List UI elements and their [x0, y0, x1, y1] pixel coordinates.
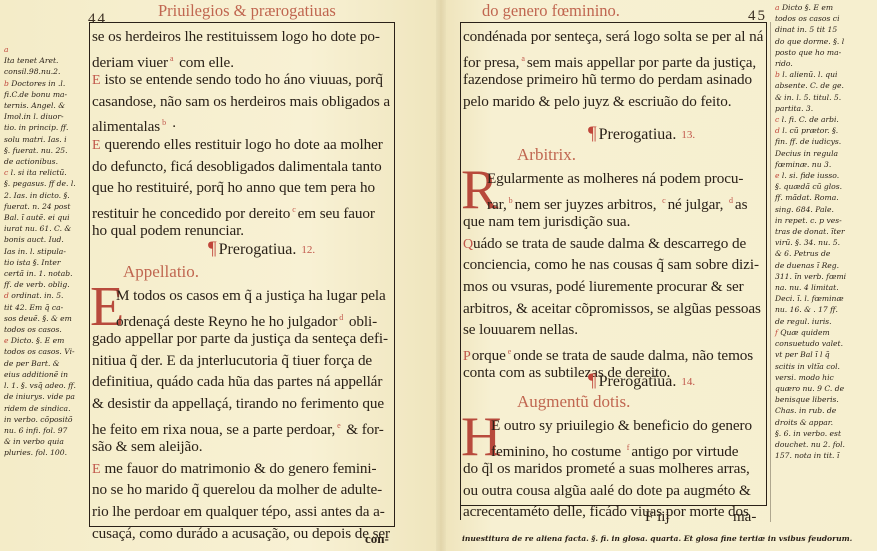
pilcrow-icon: ¶: [588, 123, 597, 144]
marginal-note-line: & 6. Petrus de: [775, 248, 846, 259]
marginal-note-line: 2. Ias. in dicto. §.: [4, 190, 76, 201]
note-mark-a: a: [170, 54, 173, 63]
marginal-note-line: de per Bart. &: [4, 358, 76, 369]
marginal-note-line: consuetudo valet.: [775, 338, 846, 349]
marginal-note-line: fuerat. n. 24 post: [4, 201, 76, 212]
prerogative-heading-13: ¶Prerogatiua.13.: [588, 123, 695, 145]
note-mark: e: [775, 171, 782, 180]
text-line: arbitros, & aceitar cõpromissos, se algũ…: [463, 298, 761, 320]
marginal-note-line: dinat in. 5 tit 15: [775, 24, 846, 35]
text-line: do defuncto, ficá desobligados dalimenta…: [92, 156, 390, 178]
marginal-note-line: eius additionẽ in: [4, 369, 76, 380]
marginalia-right: a Dicto §. E emtodos os casos cidinat in…: [775, 2, 846, 461]
note-mark-e: e: [337, 421, 340, 430]
initial-q: Q: [463, 237, 473, 252]
text-line: & desistir da appellaçá, tirando no feri…: [92, 393, 390, 415]
text-line: conciencia, como he nas cousas q̃ sam so…: [463, 254, 761, 276]
marginal-note-line: vt per Bal ĩ l q̃: [775, 349, 846, 360]
initial-e: E: [92, 73, 100, 88]
marginal-note-line: quæro nu. 9 C. de: [775, 383, 846, 394]
text-line: M todos os casos em q̃ a justiça ha luga…: [92, 285, 390, 307]
marginal-note-line: c l. fi. C. de arbi.: [775, 114, 846, 125]
marginal-note-line: de actionibus.: [4, 156, 76, 167]
note-mark-c: c: [292, 205, 295, 214]
text-line: se louuarem nellas.: [463, 319, 761, 341]
text-line: E outro sy priuilegio & beneficio do gen…: [463, 415, 752, 437]
text-line: Eme fauor do matrimonio & do genero femi…: [92, 458, 390, 480]
marginal-note-line: de regul. iuris.: [775, 316, 846, 327]
text-line: Egularmente as molheres ná podem procu-: [463, 168, 761, 190]
marginal-note-line: ternis. Angel. &: [4, 100, 76, 111]
text-line: Equerendo elles restituir logo ho dote a…: [92, 134, 390, 156]
note-mark: c: [4, 168, 11, 177]
text-line: no se ho marido q̃ querelou da molher de…: [92, 479, 390, 501]
text-line: casandose, não sam os herdeiros mais obl…: [92, 91, 390, 113]
marginal-note-line: 311. ĩn verb. fœmi: [775, 271, 846, 282]
right-page: do genero fœminino. 45 condénada por sen…: [440, 0, 877, 551]
note-mark: a: [4, 45, 9, 54]
rule-mark: [460, 506, 461, 520]
marginal-note-line: todos os casos. Vi-: [4, 346, 76, 357]
marginal-note-line: partita. 3.: [775, 103, 846, 114]
text-line: pelo marido & pelo juyz & escriuão do fe…: [463, 91, 763, 113]
text-line: que nam tem jurisdição sua.: [463, 211, 761, 233]
marginal-note-line: fœminæ. nu 3.: [775, 159, 846, 170]
book-gutter: [436, 0, 446, 551]
text-line: que ho restituiré, porq̃ ho anno que tem…: [92, 177, 390, 199]
marginal-note-line: todos os casos.: [4, 324, 76, 335]
running-head-left: Priuilegios & prærogatiuas: [158, 1, 336, 21]
marginal-note-line: iurat nu. 61. C. &: [4, 223, 76, 234]
marginal-note-line: versi. modo hic: [775, 372, 846, 383]
marginal-note-line: certã in. 1. notab.: [4, 268, 76, 279]
subheading-augmentum-dotis: Augmentũ dotis.: [517, 392, 630, 412]
marginal-note-line: Chas. in rub. de: [775, 405, 846, 416]
body-text-right-top: condénada por senteça, será logo solta s…: [463, 26, 763, 112]
marginal-note-line: §. pegasus. ff de. l.: [4, 178, 76, 189]
marginal-note-line: nu. 6 infi. fol. 97: [4, 425, 76, 436]
subheading-appellatio: Appellatio.: [123, 262, 199, 282]
pilcrow-icon: ¶: [208, 238, 217, 259]
text-line: rar,bnem ser juyzes arbitros, cné julgar…: [463, 190, 761, 212]
prerogative-heading-14: ¶Prerogatiua.14.: [588, 370, 695, 392]
marginal-note-line: ff. de verb. oblig.: [4, 279, 76, 290]
marginal-note-line: & in. l. 5. titul. 5.: [775, 92, 846, 103]
text-line: restituir he concedido por dereitocem se…: [92, 199, 390, 221]
marginal-note-line: consil.98.nu.2.: [4, 66, 76, 77]
marginal-note-line: nu. 16. & . 17 ff.: [775, 304, 846, 315]
note-mark: c: [775, 115, 782, 124]
marginal-note-line: fi.C.de bonu ma-: [4, 89, 76, 100]
body-text-right-14: E outro sy priuilegio & beneficio do gen…: [463, 415, 752, 523]
marginal-note-line: Ita tenet Aret.: [4, 55, 76, 66]
marginal-note-line: b Doctores in .l.: [4, 78, 76, 89]
marginal-note-line: Ias in. l. stipula-: [4, 246, 76, 257]
signature-mark: F iij: [645, 509, 670, 526]
marginal-note-line: scitis in vltĩa col.: [775, 361, 846, 372]
note-mark: e: [4, 336, 11, 345]
catchword-left: con-: [365, 531, 389, 547]
subheading-arbitrix: Arbitrix.: [517, 145, 576, 165]
marginal-note-line: na. nu. 4 limitat.: [775, 282, 846, 293]
marginal-note-line: l. 1. §. vsq̃ adeo. ff.: [4, 380, 76, 391]
marginal-note-line: fin. ff. de iudicys.: [775, 136, 846, 147]
marginal-note-line: d l. cũ prætor. §.: [775, 125, 846, 136]
text-line: Quádo se trata de saude dalma & descarre…: [463, 233, 761, 255]
marginal-note-line: tit 42. Em q̃ ca-: [4, 302, 76, 313]
marginal-note-line: e Dicto. §. E em: [4, 335, 76, 346]
body-text-left-top: se os herdeiros lhe restituissem logo ho…: [92, 26, 390, 242]
text-line: ordenaçá deste Reyno he ho julgadord obl…: [92, 307, 390, 329]
marginal-note-line: in repet. c. p ves-: [775, 215, 846, 226]
marginal-note-line: f Quæ quidem: [775, 327, 846, 338]
marginal-note-line: douchet. nu 2. fol.: [775, 439, 846, 450]
marginal-note-line: Bal. ĩ autẽ. ei qui: [4, 212, 76, 223]
prerogative-heading-12: ¶Prerogatiua.12.: [208, 238, 315, 260]
text-line: for presa,asem mais appellar por parte d…: [463, 48, 763, 70]
marginal-note-line: tio ista §. Inter: [4, 257, 76, 268]
initial-e: E: [92, 462, 100, 477]
running-head-right: do genero fœminino.: [482, 1, 620, 21]
text-line: ou outra cousa algũa aalé do dote pa aug…: [463, 480, 752, 502]
marginal-note-line: c l. si ita relictũ.: [4, 167, 76, 178]
text-line: rio lhe perdoar em qualquer tépo, assi a…: [92, 501, 390, 523]
marginal-note-line: d ordinat. in. 5.: [4, 290, 76, 301]
text-line: condénada por senteça, será logo solta s…: [463, 26, 763, 48]
text-line: feminino, ho costume fantigo por virtude: [463, 437, 752, 459]
marginalia-left: a Ita tenet Aret.consil.98.nu.2.b Doctor…: [4, 44, 76, 459]
text-line: Porqueeonde se trata de saude dalma, não…: [463, 341, 761, 363]
margin-rule: [770, 22, 771, 522]
text-line: acrecentaméto delle, ficádo viuas por mo…: [463, 501, 752, 523]
footnote-continuation: inuestitura de re aliena facta. §. fi. i…: [462, 534, 852, 543]
marginal-note-line: bonis auct. Iud.: [4, 234, 76, 245]
note-mark-a: a: [521, 54, 524, 63]
marginal-note-line: Decius in regula: [775, 148, 846, 159]
text-line: he feito em rixa noua, se a parte perdoa…: [92, 415, 390, 437]
note-mark-d: d: [339, 313, 343, 322]
marginal-note-line: de duenas ĩ Reg.: [775, 260, 846, 271]
marginal-note-line: pluries. fol. 100.: [4, 447, 76, 458]
marginal-note-line: §. 6. in verbo. est: [775, 428, 846, 439]
body-text-left-bottom: M todos os casos em q̃ a justiça ha luga…: [92, 285, 390, 544]
text-line: do q̃l os maridos prometé a suas molhere…: [463, 458, 752, 480]
marginal-note-line: 157. nota in tit. ĩ: [775, 450, 846, 461]
marginal-note-line: rido.: [775, 58, 846, 69]
marginal-note-line: ridem de sindica.: [4, 403, 76, 414]
marginal-note-line: b l. alienũ. l. qui: [775, 69, 846, 80]
note-mark-b: b: [162, 118, 166, 127]
text-line: cusaçá, como durádo a acusação, ou depoi…: [92, 523, 390, 545]
text-line: Eisto se entende sendo todo ho áno viuua…: [92, 69, 390, 91]
text-line: mos ou vsuras, podé liuremente procurar …: [463, 276, 761, 298]
marginal-note-line: todos os casos ci: [775, 13, 846, 24]
marginal-note-line: absente. C. de ge.: [775, 80, 846, 91]
marginal-note-line: e l. si. fide iusso.: [775, 170, 846, 181]
marginal-note-line: in verbo. cõpositõ: [4, 414, 76, 425]
initial-e: E: [92, 138, 100, 153]
marginal-note-line: §. fuerat. nu. 25.: [4, 145, 76, 156]
text-line: nitiua q̃ der. E da jnterlucutoria q̃ ti…: [92, 350, 390, 372]
note-mark: a: [775, 3, 782, 12]
marginal-note-line: sos deuẽ. §. & em: [4, 313, 76, 324]
marginal-note-line: sing. 684. Pale.: [775, 204, 846, 215]
marginal-note-line: benisque liberis.: [775, 394, 846, 405]
left-page: Priuilegios & prærogatiuas 44 se os herd…: [0, 0, 440, 551]
marginal-note-line: droits & appar.: [775, 417, 846, 428]
marginal-note-line: §. quædã cũ glos.: [775, 181, 846, 192]
pilcrow-icon: ¶: [588, 370, 597, 391]
text-line: gado appellar por parte da justiça da se…: [92, 328, 390, 350]
marginal-note-line: solu matri. Ias. i: [4, 134, 76, 145]
text-line: alimentalasb ·: [92, 112, 390, 134]
marginal-note-line: Deci. ĩ. l. fœminæ: [775, 293, 846, 304]
marginal-note-line: ff. mãdat. Roma.: [775, 192, 846, 203]
marginal-note-line: & in verbo quia: [4, 436, 76, 447]
marginal-note-line: a Dicto §. E em: [775, 2, 846, 13]
text-line: se os herdeiros lhe restituissem logo ho…: [92, 26, 390, 48]
body-text-right-13: Egularmente as molheres ná podem procu- …: [463, 168, 761, 384]
text-line: são & sem aleijão.: [92, 436, 390, 458]
catchword-right: ma-: [733, 509, 756, 526]
marginal-note-line: do que dorme. §. l: [775, 36, 846, 47]
text-line: fazendose primeiro hũ termo do perdam as…: [463, 69, 763, 91]
marginal-note-line: tio. in princip. ff.: [4, 122, 76, 133]
marginal-note-line: virũ. §. 34. nu. 5.: [775, 237, 846, 248]
marginal-note-line: tras de donat. ĩter: [775, 226, 846, 237]
marginal-note-line: Imol.in l. diuor-: [4, 111, 76, 122]
marginal-note-line: de iniurys. vide pa: [4, 391, 76, 402]
marginal-note-line: a: [4, 44, 76, 55]
text-line: definitiua, quádo cada hũa das partes ná…: [92, 371, 390, 393]
marginal-note-line: posto que ho ma-: [775, 47, 846, 58]
text-line: deriam viuera com elle.: [92, 48, 390, 70]
